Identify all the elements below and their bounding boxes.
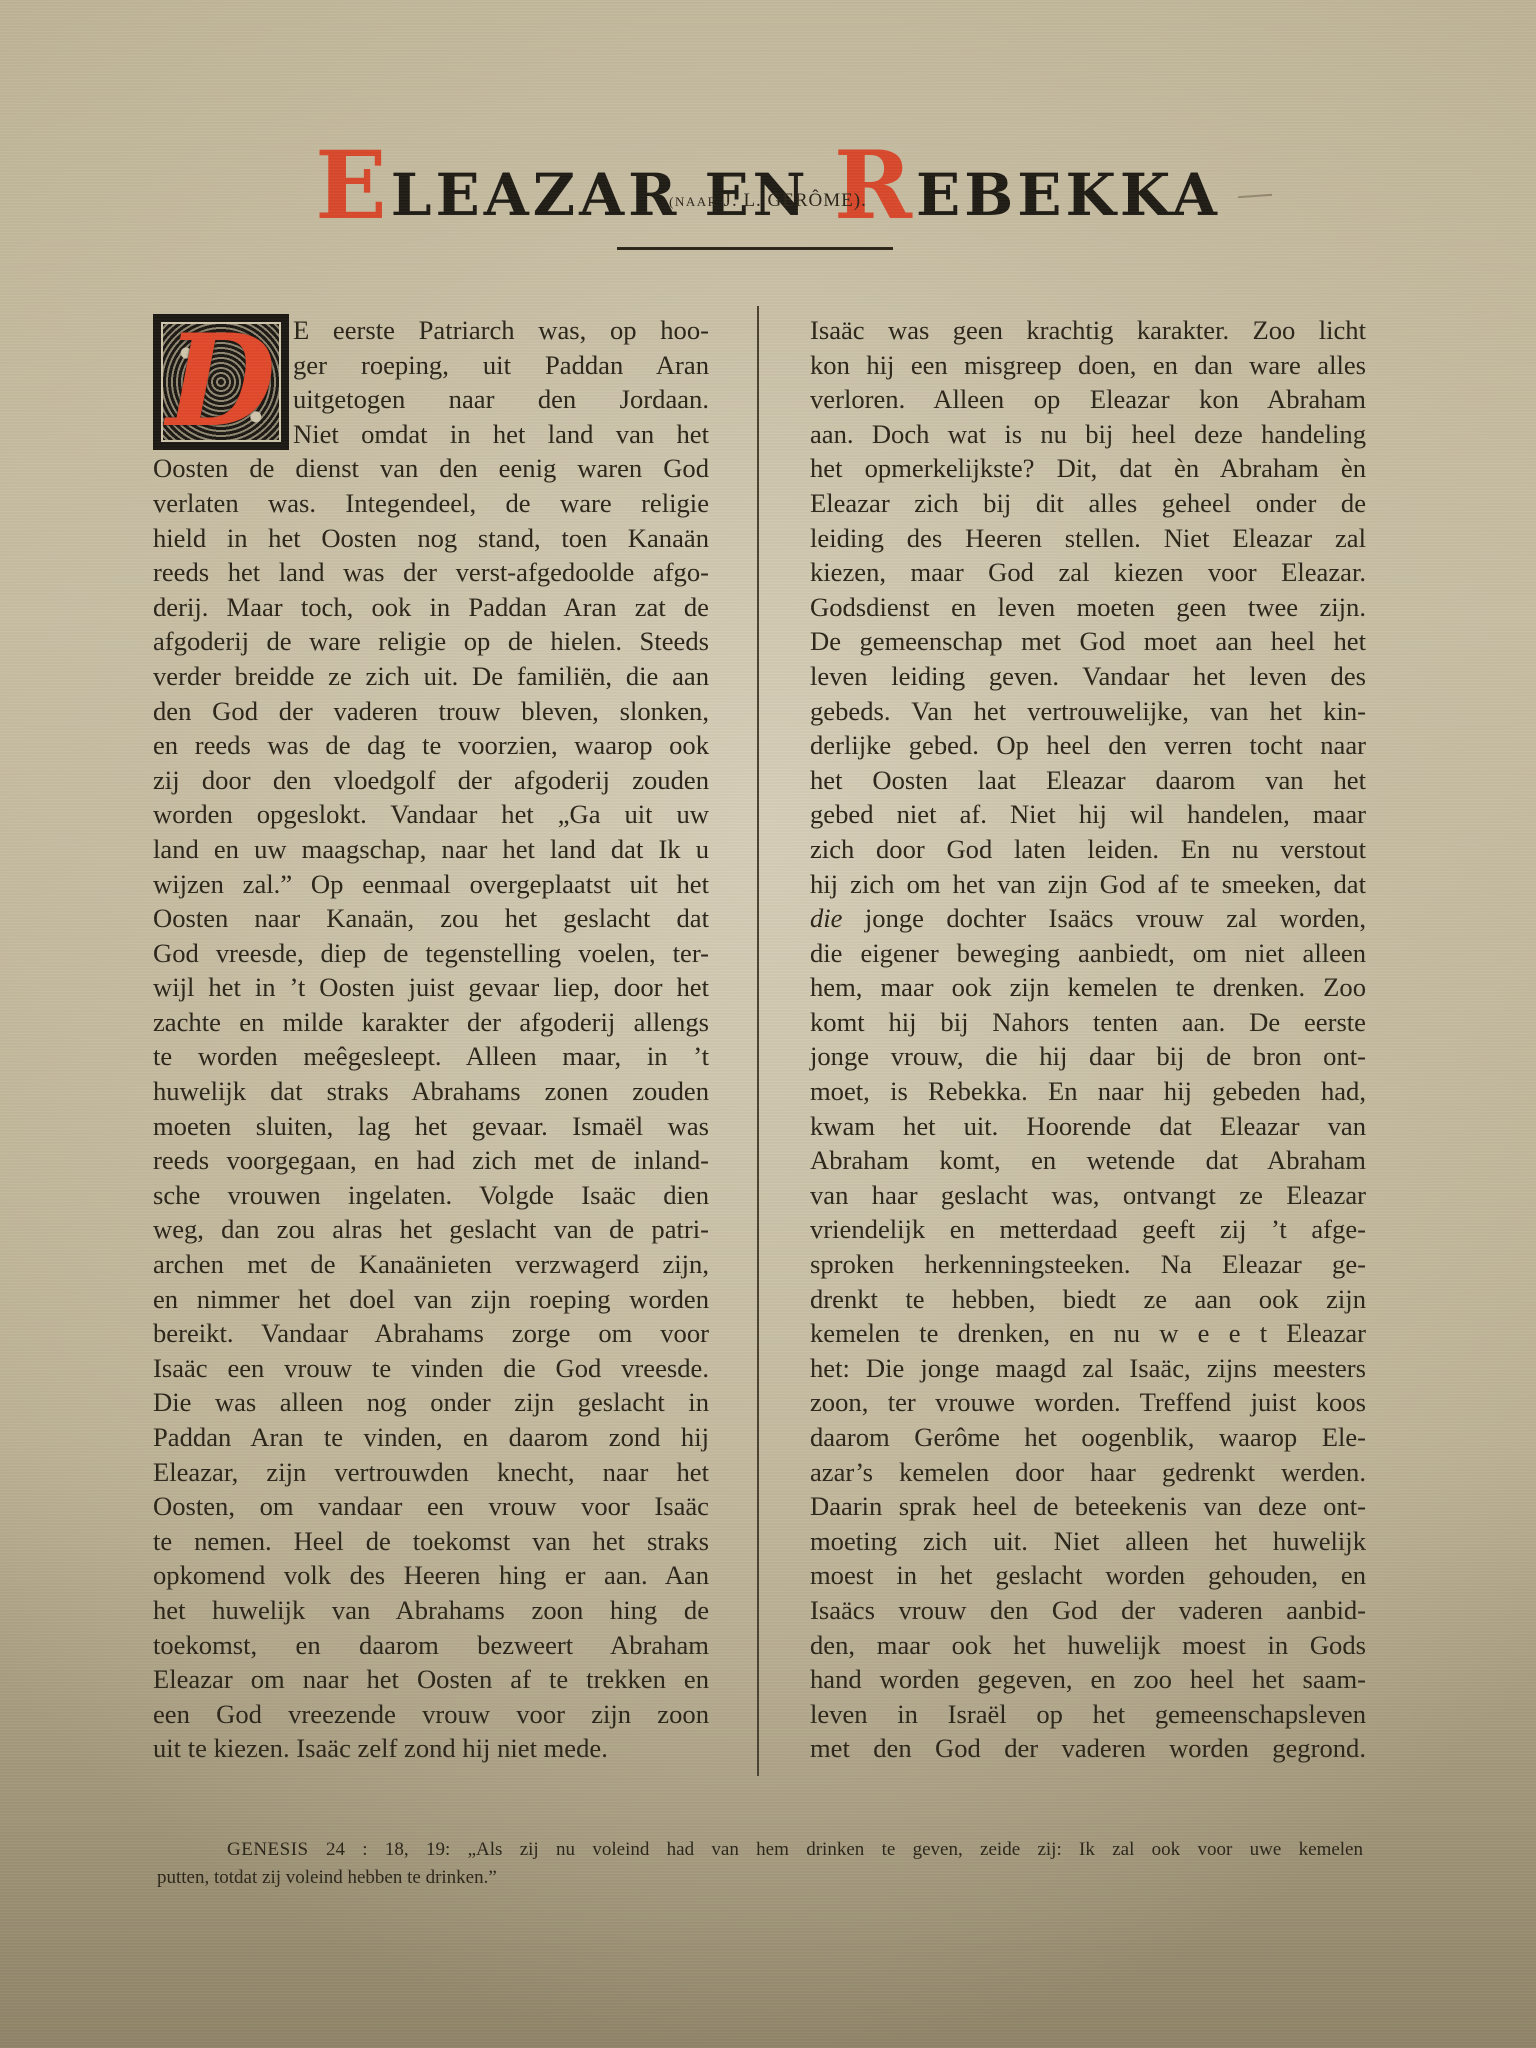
text-line: moeting zich uit. Niet alleen het huweli… — [810, 1524, 1366, 1559]
emphasized-word: die — [810, 903, 843, 933]
footnote-line-2: putten, totdat zij voleind hebben te dri… — [157, 1864, 1363, 1892]
text-line: derij. Maar toch, ook in Paddan Aran zat… — [153, 590, 709, 625]
footnote-line-1: GENESIS 24 : 18, 19: „Als zij nu voleind… — [157, 1836, 1363, 1864]
text-line: Eleazar, zijn vertrouwden knecht, naar h… — [153, 1455, 709, 1490]
text-line: leiding des Heeren stellen. Niet Eleazar… — [810, 521, 1366, 556]
text-line: het Oosten laat Eleazar daarom van het — [810, 763, 1366, 798]
text-line: verder breidde ze zich uit. De familiën,… — [153, 659, 709, 694]
text-line: Oosten naar Kanaän, zou het geslacht dat — [153, 901, 709, 936]
title-initial-r: R — [834, 131, 916, 241]
text-line: hem, maar ook zijn kemelen te drenken. Z… — [810, 970, 1366, 1005]
text-line: met den God der vaderen worden gegrond. — [810, 1731, 1366, 1766]
text-line: azar’s kemelen door haar gedrenkt werden… — [810, 1455, 1366, 1490]
text-line: Daarin sprak heel de beteekenis van deze… — [810, 1489, 1366, 1524]
text-line: afgoderij de ware religie op de hielen. … — [153, 624, 709, 659]
text-line: kon hij een misgreep doen, en dan ware a… — [810, 348, 1366, 383]
text-line: archen met de Kanaänieten verzwagerd zij… — [153, 1247, 709, 1282]
text-line: het opmerkelijkste? Dit, dat èn Abraham … — [810, 451, 1366, 486]
footnote-book: GENESIS — [227, 1839, 309, 1860]
text-line: van haar geslacht was, ontvangt ze Eleaz… — [810, 1178, 1366, 1213]
text-line: drenkt te hebben, biedt ze aan ook zijn — [810, 1282, 1366, 1317]
text-line: verloren. Alleen op Eleazar kon Abraham — [810, 382, 1366, 417]
page-subtitle: (NAAR J. L. GERÔME). — [0, 190, 1536, 212]
text-line: zich door God laten leiden. En nu versto… — [810, 832, 1366, 867]
text-line: aan. Doch wat is nu bij heel deze handel… — [810, 417, 1366, 452]
text-line: Isaäcs vrouw den God der vaderen aanbid- — [810, 1593, 1366, 1628]
page-title: ELEAZAR EN REBEKKA — [0, 131, 1536, 241]
text-line: daarom Gerôme het oogenblik, waarop Ele- — [810, 1420, 1366, 1455]
book-page: ELEAZAR EN REBEKKA (NAAR J. L. GERÔME). … — [0, 0, 1536, 2048]
title-initial-e: E — [315, 131, 391, 241]
text-line: Isaäc was geen krachtig karakter. Zoo li… — [810, 313, 1366, 348]
text-line: leven leiding geven. Vandaar het leven d… — [810, 659, 1366, 694]
footnote-quote-1: „Als zij nu voleind had van hem drinken … — [468, 1839, 1363, 1860]
text-line: moest in het geslacht worden gehouden, e… — [810, 1558, 1366, 1593]
text-line: weg, dan zou alras het geslacht van de p… — [153, 1212, 709, 1247]
text-line: Godsdienst en leven moeten geen twee zij… — [810, 590, 1366, 625]
text-line-rest: jonge dochter Isaäcs vrouw zal worden, — [843, 903, 1367, 933]
text-line: sche vrouwen ingelaten. Volgde Isaäc die… — [153, 1178, 709, 1213]
text-line: bereikt. Vandaar Abrahams zorge om voor — [153, 1316, 709, 1351]
text-line: den God der vaderen trouw bleven, slonke… — [153, 694, 709, 729]
text-line: uitgetogen naar den Jordaan. — [153, 382, 709, 417]
text-line: Die was alleen nog onder zijn geslacht i… — [153, 1385, 709, 1420]
text-line: wijzen zal.” Op eenmaal overgeplaatst ui… — [153, 867, 709, 902]
text-line: reeds voorgegaan, en had zich met de inl… — [153, 1143, 709, 1178]
subtitle-prefix: (NAAR — [669, 194, 718, 209]
text-line: het huwelijk van Abrahams zoon hing de — [153, 1593, 709, 1628]
text-line: hield in het Oosten nog stand, toen Kana… — [153, 521, 709, 556]
subtitle-attribution: J. L. GERÔME). — [718, 190, 867, 211]
text-line: Oosten, om vandaar een vrouw voor Isaäc — [153, 1489, 709, 1524]
text-line: toekomst, en daarom bezweert Abraham — [153, 1628, 709, 1663]
text-line: komt hij bij Nahors tenten aan. De eerst… — [810, 1005, 1366, 1040]
text-line: Paddan Aran te vinden, en daarom zond hi… — [153, 1420, 709, 1455]
footnote-reference: 24 : 18, 19: — [309, 1839, 468, 1860]
text-line: gebeds. Van het vertrouwelijke, van het … — [810, 694, 1366, 729]
text-line: den, maar ook het huwelijk moest in Gods — [810, 1628, 1366, 1663]
text-line: leven in Israël op het gemeenschapsleven — [810, 1697, 1366, 1732]
text-line: een God vreezende vrouw voor zijn zoon — [153, 1697, 709, 1732]
text-line: zachte en milde karakter der afgoderij a… — [153, 1005, 709, 1040]
text-line: uit te kiezen. Isaäc zelf zond hij niet … — [153, 1731, 709, 1766]
text-line: ger roeping, uit Paddan Aran — [153, 348, 709, 383]
text-line: zoon, ter vrouwe worden. Treffend juist … — [810, 1385, 1366, 1420]
text-line: land en uw maagschap, naar het land dat … — [153, 832, 709, 867]
text-line: opkomend volk des Heeren hing er aan. Aa… — [153, 1558, 709, 1593]
text-line: sproken herkenningsteeken. Na Eleazar ge… — [810, 1247, 1366, 1282]
text-line: zij door den vloedgolf der afgoderij zou… — [153, 763, 709, 798]
right-column-text: Isaäc was geen krachtig karakter. Zoo li… — [810, 313, 1366, 1766]
text-line: Eleazar zich bij dit alles geheel onder … — [810, 486, 1366, 521]
text-line: die eigener beweging aanbiedt, om niet a… — [810, 936, 1366, 971]
left-column-text: E eerste Patriarch was, op hoo- ger roep… — [153, 313, 709, 1766]
text-line: vriendelijk en metterdaad geeft zij ’t a… — [810, 1212, 1366, 1247]
text-line: huwelijk dat straks Abrahams zonen zoude… — [153, 1074, 709, 1109]
text-line: Abraham komt, en wetende dat Abraham — [810, 1143, 1366, 1178]
text-line: Eleazar om naar het Oosten af te trekken… — [153, 1662, 709, 1697]
text-line-with-emphasis: die jonge dochter Isaäcs vrouw zal worde… — [810, 901, 1366, 936]
text-line: te nemen. Heel de toekomst van het strak… — [153, 1524, 709, 1559]
text-line: worden opgeslokt. Vandaar het „Ga uit uw — [153, 797, 709, 832]
text-line: reeds het land was der verst-afgedoolde … — [153, 555, 709, 590]
text-line: en nimmer het doel van zijn roeping word… — [153, 1282, 709, 1317]
text-line: Niet omdat in het land van het — [153, 417, 709, 452]
column-divider — [757, 306, 759, 1776]
text-line: verlaten was. Integendeel, de ware relig… — [153, 486, 709, 521]
text-line: hand worden gegeven, en zoo heel het saa… — [810, 1662, 1366, 1697]
text-line: wijl het in ’t Oosten juist gevaar liep,… — [153, 970, 709, 1005]
text-line: gebed niet af. Niet hij wil handelen, ma… — [810, 797, 1366, 832]
text-line: kemelen te drenken, en nu w e e t Eleaza… — [810, 1316, 1366, 1351]
text-line: De gemeenschap met God moet aan heel het — [810, 624, 1366, 659]
text-line: te worden meêgesleept. Alleen maar, in ’… — [153, 1039, 709, 1074]
text-line: Oosten de dienst van den eenig waren God — [153, 451, 709, 486]
text-line: jonge vrouw, die hij daar bij de bron on… — [810, 1039, 1366, 1074]
text-line: en reeds was de dag te voorzien, waarop … — [153, 728, 709, 763]
text-line: Isaäc een vrouw te vinden die God vreesd… — [153, 1351, 709, 1386]
text-line: moeten sluiten, lag het gevaar. Ismaël w… — [153, 1109, 709, 1144]
scripture-footnote: GENESIS 24 : 18, 19: „Als zij nu voleind… — [157, 1836, 1363, 1892]
title-rule-divider — [617, 247, 893, 250]
text-line: het: Die jonge maagd zal Isaäc, zijns me… — [810, 1351, 1366, 1386]
text-line: God vreesde, diep de tegenstelling voele… — [153, 936, 709, 971]
text-line: E eerste Patriarch was, op hoo- — [153, 313, 709, 348]
text-line: derlijke gebed. Op heel den verren tocht… — [810, 728, 1366, 763]
text-line: moet, is Rebekka. En naar hij gebeden ha… — [810, 1074, 1366, 1109]
text-line: kwam het uit. Hoorende dat Eleazar van — [810, 1109, 1366, 1144]
text-line: kiezen, maar God zal kiezen voor Eleazar… — [810, 555, 1366, 590]
text-line: hij zich om het van zijn God af te smeek… — [810, 867, 1366, 902]
